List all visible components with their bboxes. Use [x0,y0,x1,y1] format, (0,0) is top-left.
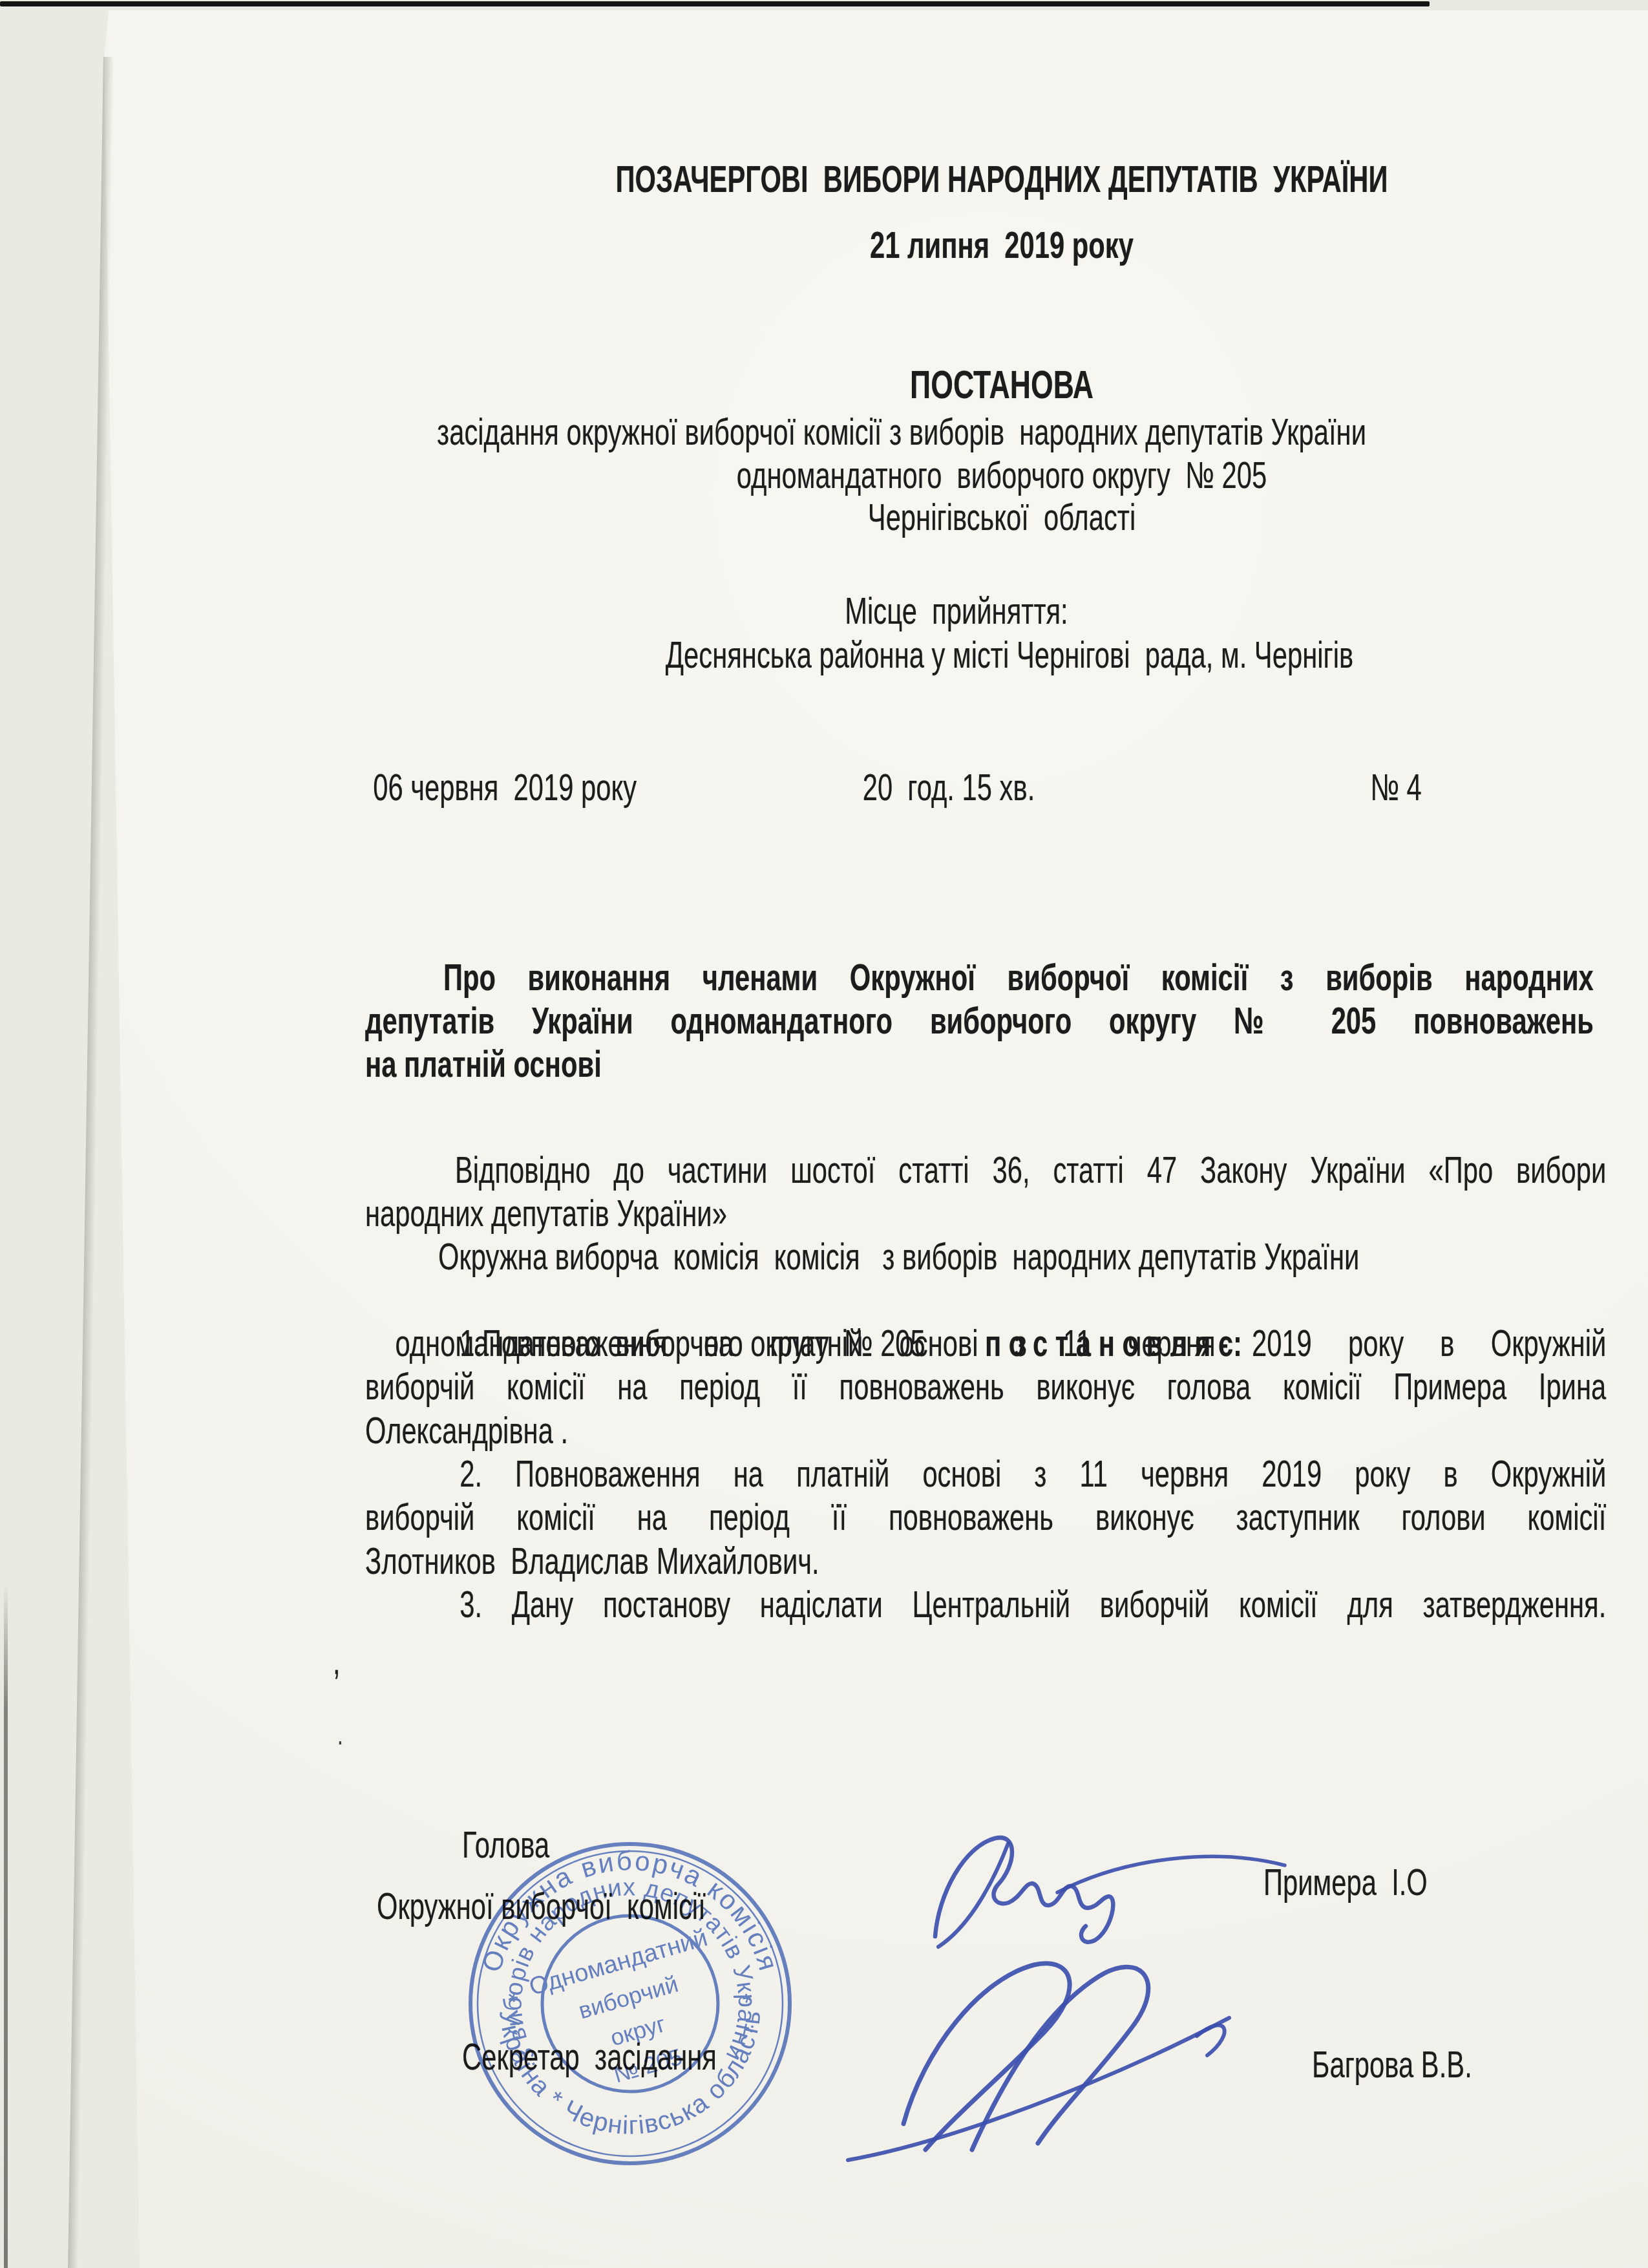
secretary-role: Секретар засідання [462,2036,717,2079]
meeting-time: 20 год. 15 хв. [863,767,1035,810]
head-role-line1: Голова [462,1824,549,1867]
head-name: Примера І.О [1263,1861,1428,1905]
body-p2-line1: Окружна виборча комісія комісія з виборі… [365,1236,1359,1279]
scan-edge-top-line [0,1,1430,6]
subject-line2: депутатів України одномандатного виборчо… [365,1000,1594,1043]
place-value: Деснянська районна у місті Чернігові рад… [521,634,1498,677]
paper-sheet [0,0,1648,2268]
doc-title-line1: ПОЗАЧЕРГОВІ ВИБОРИ НАРОДНИХ ДЕПУТАТІВ УК… [513,158,1490,202]
secretary-name: Багрова В.В. [1312,2044,1472,2087]
stray-comma-mark: , [333,1640,341,1684]
paper-left-edge-shadow [68,57,114,2268]
session-line1: засідання окружної виборчої комісії з ви… [413,411,1390,454]
place-label: Місце прийняття: [468,590,1445,633]
resolution-number: № 4 [1370,767,1422,810]
subject-line1: Про виконання членами Окружної виборчої … [365,957,1594,1000]
stray-dot-mark: . [337,1719,343,1752]
item2-line1: 2. Повноваження на платній основі з 11 ч… [365,1453,1606,1496]
session-line2: одномандатного виборчого округу № 205 [513,454,1490,498]
scanned-document: ПОЗАЧЕРГОВІ ВИБОРИ НАРОДНИХ ДЕПУТАТІВ УК… [0,0,1648,2268]
item2-line2: виборчій комісії на період її повноважен… [365,1496,1606,1540]
meeting-meta-row: 06 червня 2019 року 20 год. 15 хв. № 4 [365,767,1648,982]
scan-edge-left-line [4,1584,8,2268]
body-p1-line2: народних депутатів України» [365,1192,727,1236]
item2-line3: Злотников Владислав Михайлович. [365,1540,819,1584]
item1-line1: 1.Повноваження на платній основі з 11 че… [365,1322,1606,1366]
session-line3: Чернігівської області [513,496,1490,540]
item1-line2: виборчій комісії на період її повноважен… [365,1366,1606,1409]
subject-line3: на платній основі [365,1043,602,1086]
head-role-line2: Окружної виборчої комісії [377,1885,706,1929]
doc-title-date: 21 липня 2019 року [513,224,1490,268]
doc-type-heading: ПОСТАНОВА [513,362,1490,408]
item3-line: 3. Дану постанову надіслати Центральній … [365,1584,1606,1627]
meeting-date: 06 червня 2019 року [373,767,637,810]
body-p1-line1: Відповідно до частини шостої статті 36, … [365,1149,1606,1192]
item1-line3: Олександрівна . [365,1410,568,1453]
